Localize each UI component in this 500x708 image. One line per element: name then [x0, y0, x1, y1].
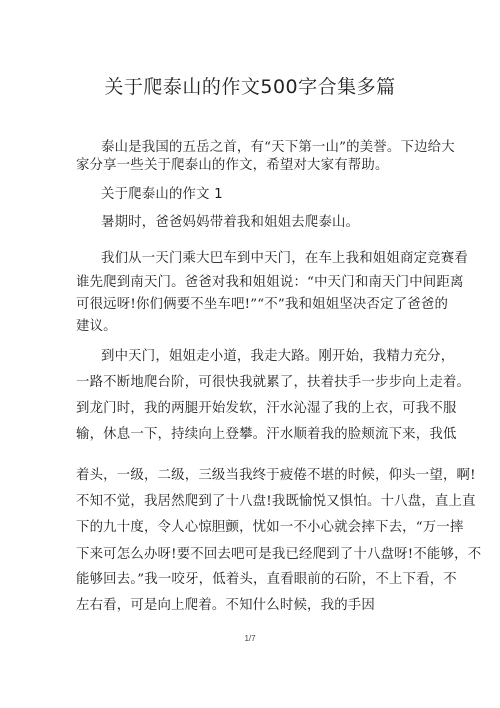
- text-line: 谁先爬到南天门。爸爸对我和姐姐说：“中天门和南天门中间距离: [76, 274, 418, 292]
- text-line: 家分享一些关于爬泰山的作文，希望对大家有帮助。: [76, 157, 389, 175]
- text-line: 到中天门，姐姐走小道，我走大路。刚开始，我精力充分，: [101, 348, 418, 366]
- paragraph-1: 暑期时，爸爸妈妈带着我和姐姐去爬泰山。: [101, 214, 359, 232]
- text-line: 可很远呀!你们俩要不坐车吧!”“不”我和姐姐坚决否定了爸爸的: [76, 296, 418, 314]
- text-line: 下的九十度，令人心惊胆颤，忧如一不小心就会摔下去，“万一摔: [76, 519, 418, 537]
- document-title: 关于爬泰山的作文500字合集多篇: [0, 72, 500, 99]
- text-line: 到龙门时，我的两腿开始发软，汗水沁湿了我的上衣，可我不服: [76, 400, 418, 418]
- text-line: 着头，一级，二级，三级当我终于疲倦不堪的时候，仰头一望，啊!: [76, 467, 418, 485]
- text-line: 我们从一天门乘大巴车到中天门，在车上我和姐姐商定竞赛看: [101, 250, 418, 268]
- section-heading: 关于爬泰山的作文 1: [101, 186, 223, 204]
- text-line: 下来可怎么办呀!要不回去吧可是我已经爬到了十八盘呀!不能够，不: [76, 546, 418, 564]
- text-line: 一路不断地爬台阶，可很快我就累了，扶着扶手一步步向上走着。: [76, 374, 418, 392]
- text-line: 泰山是我国的五岳之首，有“天下第一山”的美誉。下边给大: [101, 139, 418, 157]
- text-line: 输，休息一下，持续向上登攀。汗水顺着我的脸颊流下来，我低: [76, 426, 418, 444]
- text-line: 建议。: [76, 318, 117, 336]
- text-line: 不知不觉，我居然爬到了十八盘!我既愉悦又惧怕。十八盘，直上直: [76, 493, 418, 511]
- page-number: 1/7: [0, 634, 500, 643]
- text-line: 能够回去。”我一咬牙，低着头，直看眼前的石阶，不上下看，不: [76, 571, 418, 589]
- document-page: 关于爬泰山的作文500字合集多篇 泰山是我国的五岳之首，有“天下第一山”的美誉。…: [0, 0, 500, 708]
- text-line: 左右看，可是向上爬着。不知什么时候，我的手因: [76, 597, 375, 615]
